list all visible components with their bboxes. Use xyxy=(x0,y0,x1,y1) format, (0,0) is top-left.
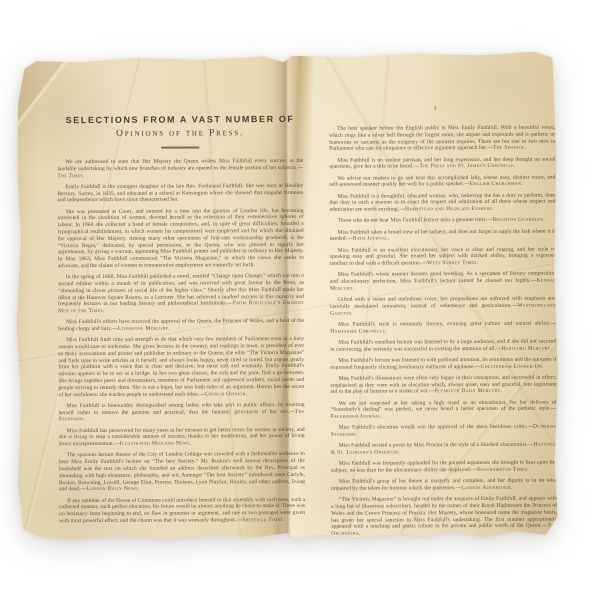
page-title-line2: Opinions of the Press. xyxy=(57,128,303,139)
opinion-source: —English Churchman. xyxy=(464,181,523,187)
pamphlet-shadow-wrap: SELECTIONS FROM A VAST NUMBER OF Opinion… xyxy=(0,0,600,600)
press-opinion-paragraph: We advise our readers to go and hear thi… xyxy=(329,174,555,189)
title-divider-rule xyxy=(161,146,199,148)
opinion-source: —Hampstead and Highgate Express. xyxy=(399,206,493,212)
press-opinion-paragraph: The spacious lecture theatre of the City… xyxy=(59,451,305,493)
press-opinion-paragraph: Miss Faithfull was frequently applauded … xyxy=(331,460,557,475)
left-page-text-column: We are authorised to state that Her Maje… xyxy=(57,158,305,529)
title-block: SELECTIONS FROM A VAST NUMBER OF Opinion… xyxy=(57,114,303,149)
opinion-source: —Southampton Times. xyxy=(471,467,529,473)
opinion-text: Miss Faithfull finds time and strength t… xyxy=(58,336,304,398)
press-opinion-paragraph: Miss Faithfull's efforts have received t… xyxy=(58,318,304,333)
press-opinion-paragraph: She was presented at Court, and entered … xyxy=(58,207,304,269)
press-opinion-paragraph: Miss Faithfull is an excellent elocution… xyxy=(330,246,556,268)
press-opinion-paragraph: If any member of the House of Commons co… xyxy=(59,496,305,524)
opinion-text: “The Victoria Magazine” is brought out u… xyxy=(331,496,557,530)
press-opinion-paragraph: Miss Faithfull's style is eminently lite… xyxy=(330,320,556,335)
opinion-text: We are not surprised at her taking a hig… xyxy=(331,399,557,413)
photo-background: SELECTIONS FROM A VAST NUMBER OF Opinion… xyxy=(0,0,600,600)
press-opinion-paragraph: Miss Faithfull's grasp of her theme is m… xyxy=(331,478,557,493)
opinion-text: Miss Faithfull recited a poem by Miss Pr… xyxy=(339,442,528,449)
right-page-text-column: The best speaker before the English publ… xyxy=(329,125,557,543)
press-opinion-paragraph: Emily Faithfull is the youngest daughter… xyxy=(57,183,303,205)
opinion-text: Miss Faithfull is honourably distinguish… xyxy=(59,402,305,416)
opinion-text: Miss Faithfull's grasp of her theme is m… xyxy=(331,478,557,492)
press-opinion-paragraph: We are not surprised at her taking a hig… xyxy=(331,399,557,421)
opinion-text: Miss Faithfull's whole manner denotes go… xyxy=(330,271,556,285)
opinion-source: —West Surrey Times. xyxy=(421,260,478,266)
opinion-source: —Illustrated Midland News. xyxy=(114,441,191,447)
opinion-text: Miss Faithfull's elocution would win the… xyxy=(339,424,528,431)
press-opinion-paragraph: Miss Faithfull's elocution would win the… xyxy=(331,424,557,439)
press-opinion-paragraph: Miss Faithfull's illustrations were ofte… xyxy=(330,374,556,396)
press-opinion-paragraph: Gifted with a sweet and melodious voice,… xyxy=(330,296,556,318)
opinion-source: —Sheffield Times. xyxy=(236,517,284,523)
press-opinion-paragraph: Miss Faithfull's excellent lecture was l… xyxy=(330,338,556,353)
opinion-text: Emily Faithfull is the youngest daughter… xyxy=(57,183,303,204)
left-page: SELECTIONS FROM A VAST NUMBER OF Opinion… xyxy=(15,52,289,541)
press-opinion-paragraph: Miss Faithfull is honourably distinguish… xyxy=(59,402,305,424)
press-opinion-paragraph: “The Victoria Magazine” is brought out u… xyxy=(331,496,557,538)
press-opinion-paragraph: Miss Faithfull finds time and strength t… xyxy=(58,336,304,398)
press-opinion-paragraph: Miss Faithfull's whole manner denotes go… xyxy=(330,271,556,293)
right-page: 3 The best speaker before the English pu… xyxy=(286,51,560,540)
press-opinion-paragraph: Miss Faithfull is a thoughtful, educated… xyxy=(329,192,555,214)
opinion-source: —Hertford Mercury. xyxy=(496,345,553,351)
page-number: 3 xyxy=(427,106,443,112)
opinion-source: —Church Opinion. xyxy=(199,391,247,397)
opinion-text: Miss Faithfull's style is eminently lite… xyxy=(338,320,550,327)
press-opinion-paragraph: Those who do not hear Miss Faithfull lec… xyxy=(330,217,556,225)
opinion-text: Miss Faithfull's efforts have received t… xyxy=(58,318,304,332)
page-title-line1: SELECTIONS FROM A VAST NUMBER OF xyxy=(57,114,303,125)
press-opinion-paragraph: Miss Faithfull's lecture was listened to… xyxy=(330,356,556,371)
pamphlet: SELECTIONS FROM A VAST NUMBER OF Opinion… xyxy=(15,51,560,542)
press-opinion-paragraph: We are authorised to state that Her Maje… xyxy=(57,158,303,180)
opinion-text: Those who do not hear Miss Faithfull lec… xyxy=(338,217,487,224)
opinion-source: —Plymouth Daily Mercury. xyxy=(429,388,503,394)
press-opinion-paragraph: Miss Faithfull has persevered for many y… xyxy=(59,427,305,449)
opinion-text: She was presented at Court, and entered … xyxy=(58,207,304,269)
opinion-source: —London Daily News. xyxy=(81,486,140,492)
opinion-source: —Bath Journal. xyxy=(347,236,390,242)
opinion-source: —The Press and St. James's Chronicle. xyxy=(414,163,516,170)
opinion-source: —The Shadow. xyxy=(487,145,526,151)
press-opinion-paragraph: The best speaker before the English publ… xyxy=(329,125,555,153)
opinion-text: We are authorised to state that Her Maje… xyxy=(57,158,303,172)
press-opinion-paragraph: Miss Faithfull takes a broad view of her… xyxy=(330,228,556,243)
opinion-source: —Liverpool Mercury. xyxy=(112,326,170,332)
press-opinion-paragraph: In the spring of 1868, Miss Faithfull pu… xyxy=(58,273,304,315)
opinion-source: —Cheltenham Looker-On. xyxy=(475,363,544,369)
press-opinion-paragraph: Miss Faithfull is no violent partisan, a… xyxy=(329,156,555,171)
opinion-source: —Brighton Guardian. xyxy=(487,217,545,223)
opinion-source: —London Advertiser. xyxy=(455,485,512,491)
press-opinion-paragraph: Miss Faithfull recited a poem by Miss Pr… xyxy=(331,442,557,457)
